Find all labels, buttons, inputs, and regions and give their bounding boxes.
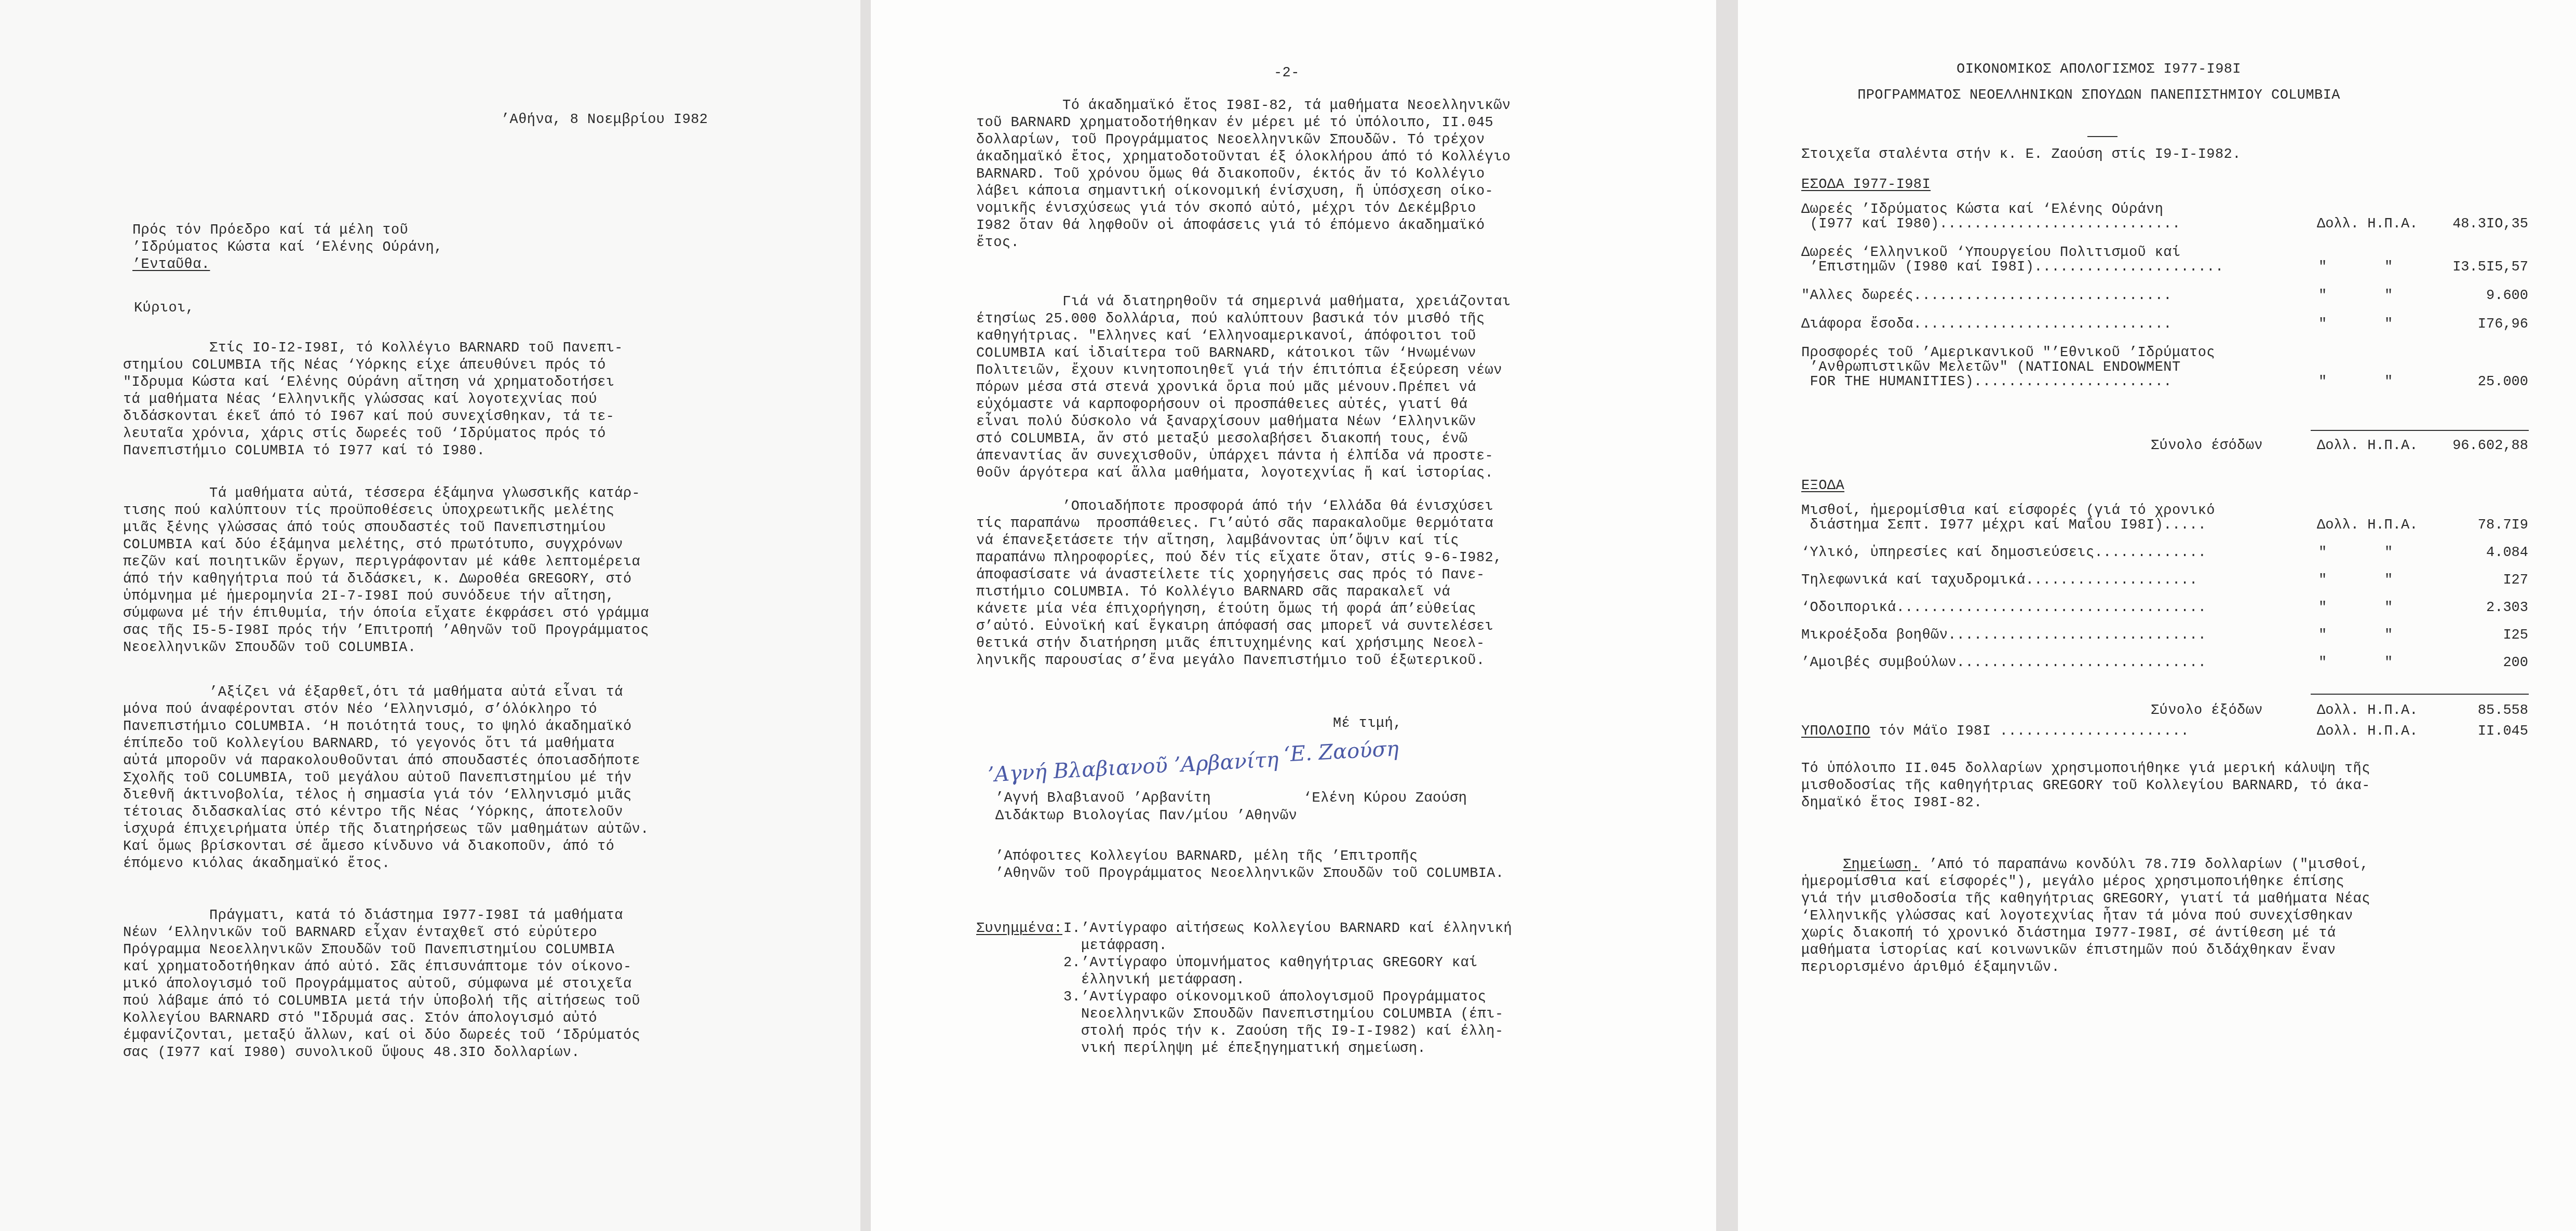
text-line: Τά μαθήματα αὐτά, τέσσερα έξάμηνα γλωσσι… [123,485,649,503]
ditto-mark: " [2318,259,2327,276]
text-line: τισης πού καλύπτουν τίς προϋποθέσεις ὑπο… [123,503,649,520]
text-line: αὐτά μποροῦν νά παρακολουθοῦνται άπό σπο… [123,753,649,770]
item-label: ’Αμοιβές συμβούλων......................… [1801,655,2206,672]
text-line: διεθνῆ άκτινοβολία, τέλος ἡ σημασία γιά … [123,787,649,804]
balance-explanation: Τό ὑπόλοιπο ΙΙ.045 δολλαρίων χρησιμοποιή… [1801,761,2370,812]
letter-page-1: ’Αθήνα, 8 Νοεμβρίου Ι982 Πρός τόν Πρόεδρ… [0,0,860,1231]
text-line: Πολιτειῶν, ἔχουν κινητοποιηθεῖ γιά τήν έ… [976,362,1510,380]
text-line: Σχολῆς τοῦ COLUMBIA, τοῦ μεγάλου αὐτοῦ Π… [123,770,649,787]
ditto-mark: " [2318,572,2327,589]
text-line: θοῦν άργότερα καί ἄλλα μαθήματα, λογοτεχ… [976,465,1510,482]
paragraph: Στίς ΙΟ-Ι2-Ι98Ι, τό Κολλέγιο BARNARD τοῦ… [123,340,623,460]
text-line: νομικῆς ένισχύσεως γιά τόν σκοπό αὐτό, μ… [976,200,1510,218]
recipient-line: Πρός τόν Πρόεδρο καί τά μέλη τοῦ [132,222,443,239]
text-line: πού λάβαμε άπό τό COLUMBIA μετά τήν ὑποβ… [123,993,640,1010]
text-line: Νεοελληνικῶν Σπουδῶν τοῦ COLUMBIA. [123,640,649,657]
text-line: έπίπεδο τοῦ Κολλεγίου BARNARD, τό γεγονό… [123,736,649,753]
text-line: πόρων μέσα στά στενά χρονικά ὅρια πού μᾶ… [976,380,1510,397]
item-label: FOR THE HUMANITIES).....................… [1801,374,2172,391]
recipient-block: Πρός τόν Πρόεδρο καί τά μέλη τοῦ ’Ιδρύμα… [132,222,443,274]
item-amount: 9.600 [2413,288,2528,305]
balance-amount: ΙΙ.045 [2413,723,2528,740]
text-line: θετικά στήν διατήρηση μιᾶς έπιτυχημένης … [976,635,1502,653]
text-line: καί χρηματοδοτήθηκαν άπό αὐτό. Σᾶς έπισυ… [123,959,640,976]
text-line: ‘Ελληνικῆς γλώσσας καί λογοτεχνίας ἦταν … [1801,908,2370,925]
income-total-label: Σύνολο έσόδων [2151,438,2263,455]
text-line: έπόμενο κιόλας άκαδημαϊκό ἔτος. [123,856,649,873]
text-line: περιορισμένο άριθμό έξαμηνιῶν. [1801,959,2370,977]
report-subtitle: ΠΡΟΓΡΑΜΜΑΤΟΣ ΝΕΟΕΛΛΗΝΙΚΩΝ ΣΠΟΥΔΩΝ ΠΑΝΕΠΙ… [1738,87,2460,104]
text-line: ἡμερομίσθια καί είσφορές"), μεγάλο μέρος… [1801,874,2370,891]
text-line: σύμφωνα μέ τήν έπιθυμία, τήν όποία εἴχατ… [123,605,649,623]
item-label: ’Επιστημῶν (Ι980 καί Ι98Ι)..............… [1801,259,2224,276]
item-label: ‘Οδοιπορικά.............................… [1801,600,2206,617]
text-line: Στίς ΙΟ-Ι2-Ι98Ι, τό Κολλέγιο BARNARD τοῦ… [123,340,623,357]
balance-row: ΥΠΟΛΟΙΠΟ τόν Μάϊο Ι98Ι .................… [1801,723,2189,740]
handwritten-signature-left: ’Αγνή Βλαβιανοῦ ’Αρβανίτη [987,748,1279,787]
text-line: άπεναντίας ἄν συνεχισθοῦν, ὑπάρχει πάντα… [976,448,1510,465]
attachment-text: στολή πρός τήν κ. Ζαούση τῆς Ι9-Ι-Ι982) … [1081,1023,1504,1040]
item-amount: 200 [2413,655,2528,672]
report-source-note: Στοιχεῖα σταλέντα στήν κ. Ε. Ζαούση στίς… [1801,146,2241,164]
text-line: λάβει κάποια σημαντική οίκονομική ένίσχυ… [976,183,1510,200]
ditto-mark: " [2384,316,2393,333]
text-line: ληνικῆς παρουσίας σ’ἕνα μεγάλο Πανεπιστή… [976,653,1502,670]
ditto-mark: " [2384,627,2393,644]
paragraph: Γιά νά διατηρηθοῦν τά σημερινά μαθήματα,… [976,294,1510,482]
ditto-mark: " [2318,655,2327,672]
ditto-mark: " [2384,288,2393,305]
letter-date: ’Αθήνα, 8 Νοεμβρίου Ι982 [501,112,708,129]
paragraph: Πράγματι, κατά τό διάστημα Ι977-Ι98Ι τά … [123,908,640,1062]
text-line: νά έπανεξετάσετε τήν αἴτηση, λαμβάνοντας… [976,533,1502,550]
text-line: Γιά νά διατηρηθοῦν τά σημερινά μαθήματα,… [976,294,1510,311]
attachment-text: ’Αντίγραφο ὑπομνήματος καθηγήτριας GREGO… [1081,955,1478,972]
text-line: χωρίς διακοπή τό χρονικό διάστημα Ι977-Ι… [1801,925,2370,942]
text-line: στό COLUMBIA, ἄν στό μεταξύ μεσολαβήσει … [976,431,1510,448]
text-line: Πρόγραμμα Νεοελληνικῶν Σπουδῶν τοῦ Πανεπ… [123,942,640,959]
attachment-number: 2. [1063,955,1081,972]
text-line: δημαϊκό ἔτος Ι98Ι-82. [1801,795,2370,812]
attachment-text: Νεοελληνικῶν Σπουδῶν Πανεπιστημίου COLUM… [1081,1006,1504,1023]
text-line: μόνα πού άναφέρονται στόν Νέο ‘Ελληνισμό… [123,701,649,719]
income-total-currency: Δολλ. Η.Π.Α. [2317,438,2418,455]
text-line: Πανεπιστήμιο COLUMBIA τό Ι977 καί τό Ι98… [123,443,623,460]
note-label: Σημείωση. [1843,857,1920,873]
text-line: κάνετε μία νέα έπιχορήγηση, έτούτη ὅμως … [976,601,1502,618]
item-currency: Δολλ. Η.Π.Α. [2317,517,2418,534]
text-line: ’Οποιαδήποτε προσφορά άπό τήν ‘Ελλάδα θά… [976,498,1502,516]
financial-report-page: ΟΙΚΟΝΟΜΙΚΟΣ ΑΠΟΛΟΓΙΣΜΟΣ Ι977-Ι98Ι ΠΡΟΓΡΑ… [1738,0,2576,1231]
ditto-mark: " [2318,600,2327,617]
text-line: Τό άκαδημαϊκό ἔτος Ι98Ι-82, τά μαθήματα … [976,98,1510,115]
report-note: Σημείωση. ’Από τό παραπάνω κονδύλι 78.7Ι… [1801,857,2370,977]
balance-label: ΥΠΟΛΟΙΠΟ [1801,724,1870,739]
signatories-note: ’Απόφοιτες Κολλεγίου BARNARD, μέλη τῆς ’… [995,848,1504,883]
text-line: άπό τήν καθηγήτρια πού τά διδάσκει, κ. Δ… [123,571,649,588]
item-amount: 25.000 [2413,374,2528,391]
text-line: έτησίως 25.000 δολλάρια, πού καλύπτουν β… [976,311,1510,328]
recipient-line: ’Ενταῦθα. [132,256,443,274]
text-line: Πανεπιστήμιο COLUMBIA. ‘Η ποιότητά τους,… [123,719,649,736]
item-label: Μικροέξοδα βοηθῶν.......................… [1801,627,2206,644]
text-line: καθηγήτριας. "Ελληνες καί ‘Ελληνοαμερικα… [976,328,1510,345]
item-label: "Αλλες δωρεές...........................… [1801,288,2172,305]
ditto-mark: " [2384,655,2393,672]
text-line: άκαδημαϊκό ἔτος, χρηματοδοτοῦνται έξ όλο… [976,149,1510,166]
item-label: διάστημα Σεπτ. Ι977 μέχρι καί Μαΐου Ι98Ι… [1801,517,2206,534]
ditto-mark: " [2384,572,2393,589]
ditto-mark: " [2318,288,2327,305]
ditto-mark: " [2384,374,2393,391]
text-line: Τό ὑπόλοιπο ΙΙ.045 δολλαρίων χρησιμοποιή… [1801,761,2370,778]
income-total-rule [2311,430,2529,431]
income-heading: ΕΣΟΔΑ Ι977-Ι98Ι [1801,177,1931,194]
signatory-title-left: Διδάκτωρ Βιολογίας Παν/μίου ’Αθηνῶν [995,808,1297,825]
text-line: Ι982 ὅταν θά ληφθοῦν οἱ άποφάσεις γιά τό… [976,218,1510,235]
paragraph: ’Οποιαδήποτε προσφορά άπό τήν ‘Ελλάδα θά… [976,498,1502,670]
expenses-total-rule [2311,694,2529,695]
text-line: ἰσχυρά έπιχειρήματα ὑπέρ τῆς διατηρήσεως… [123,821,649,838]
ditto-mark: " [2384,259,2393,276]
text-line: ’Από τό παραπάνω κονδύλι 78.7Ι9 δολλαρίω… [1920,857,2368,873]
text-line: μαθήματα ἱστορίας καί κοινωνικῶν έπιστημ… [1801,942,2370,959]
text-line: COLUMBIA καί ἰδιαίτερα τοῦ BARNARD, κάτο… [976,345,1510,362]
note-line: ’Απόφοιτες Κολλεγίου BARNARD, μέλη τῆς ’… [995,848,1504,865]
text-line: Κολλεγίου BARNARD στό "Ιδρυμά σας. Στόν … [123,1010,640,1027]
item-amount: 4.084 [2413,545,2528,562]
item-label: Τηλεφωνικά καί ταχυδρομικά..............… [1801,572,2198,589]
paragraph: ’Αξίζει νά έξαρθεῖ,ότι τά μαθήματα αὐτά … [123,684,649,873]
paragraph: Τό άκαδημαϊκό ἔτος Ι98Ι-82, τά μαθήματα … [976,98,1510,252]
text-line: γιά τήν μισθοδοσία τῆς καθηγήτριας GREGO… [1801,891,2370,908]
note-line: ’Αθηνῶν τοῦ Προγράμματος Νεοελληνικῶν Σπ… [995,865,1504,883]
attachments-label: Συνημμένα: [976,921,1062,938]
text-line: τά μαθήματα Νέας ‘Ελληνικῆς γλώσσας καί … [123,391,623,409]
text-line: παραπάνω πληροφορίες, πού δέν τίς εἴχατε… [976,550,1502,567]
ditto-mark: " [2384,545,2393,562]
text-line: ἔτος. [976,235,1510,252]
text-line: έμφανίζονται, μεταξύ ἄλλων, καί οἱ δύο δ… [123,1027,640,1045]
item-label: ‘Υλικό, ὑπηρεσίες καί δημοσιεύσεις......… [1801,545,2206,562]
item-amount: 78.7Ι9 [2413,517,2528,534]
attachment-text: ’Αντίγραφο οίκονομικοῦ άπολογισμοῦ Προγρ… [1081,989,1486,1006]
item-label: Διάφορα ἔσοδα...........................… [1801,316,2172,333]
text-line: τίς παραπάνω προσπάθειες. Γι’αὐτό σᾶς πα… [976,516,1502,533]
text-line: Πράγματι, κατά τό διάστημα Ι977-Ι98Ι τά … [123,908,640,925]
text-line: ὑπόμνημα μέ ἡμερομηνία 2Ι-7-Ι98Ι πού συν… [123,588,649,605]
text-line: διδάσκονται έκεῖ άπό τό Ι967 καί πού συν… [123,409,623,426]
title-divider [2087,136,2118,137]
signatory-name-left: ’Αγνή Βλαβιανοῦ ’Αρβανίτη [995,790,1211,807]
item-amount: Ι3.5Ι5,57 [2413,259,2528,276]
text-line: σας (Ι977 καί Ι980) συνολικοῦ ὕψους 48.3… [123,1045,640,1062]
closing: Μέ τιμή, [1333,715,1402,733]
balance-currency: Δολλ. Η.Π.Α. [2317,723,2418,740]
attachment-text: μετάφραση. [1081,938,1167,955]
text-line: BARNARD. Τοῦ χρόνου ὅμως θά διακοποῦν, έ… [976,166,1510,183]
text-line: δολλαρίων, τοῦ Προγράμματος Νεοελληνικῶν… [976,132,1510,149]
text-line: εἶναι πολύ δύσκολο νά ξαναρχίσουν μαθήμα… [976,414,1510,431]
ditto-mark: " [2318,627,2327,644]
item-amount: 48.3ΙΟ,35 [2413,216,2528,233]
ditto-mark: " [2318,545,2327,562]
item-label: (Ι977 καί Ι980).........................… [1801,216,2181,233]
text-line: σ’αὐτό. Εὐνοϊκή καί ἔγκαιρη άπόφασή σας … [976,618,1502,635]
text-line: στημίου COLUMBIA τῆς Νέας ‘Υόρκης είχε ά… [123,357,623,374]
text-line: πιστήμιο COLUMBIA. Τό Κολλέγιο BARNARD σ… [976,584,1502,601]
report-title: ΟΙΚΟΝΟΜΙΚΟΣ ΑΠΟΛΟΓΙΣΜΟΣ Ι977-Ι98Ι [1738,61,2460,78]
attachment-number: Ι. [1063,921,1081,938]
text-line: εὐχόμαστε νά καρποφορήσουν οἱ προσπάθειε… [976,397,1510,414]
expenses-total-amount: 85.558 [2413,702,2528,720]
text-line: Καί ὅμως βρίσκονται σέ ἄμεσο κίνδυνο νά … [123,838,649,856]
page-number: -2- [1274,65,1300,82]
signatory-name-right: ‘Ελένη Κύρου Ζαούση [1303,790,1467,807]
item-amount: 2.303 [2413,600,2528,617]
text-line: ’Αξίζει νά έξαρθεῖ,ότι τά μαθήματα αὐτά … [123,684,649,701]
item-currency: Δολλ. Η.Π.Α. [2317,216,2418,233]
text-line: τοῦ BARNARD χρηματοδοτήθηκαν έν μέρει μέ… [976,115,1510,132]
text-line: λευταῖα χρόνια, χάρις στίς δωρεές τοῦ ‘Ι… [123,426,623,443]
text-line: πεζῶν καί ποιητικῶν ἔργων, περιγράφονταν… [123,554,649,571]
item-amount: Ι27 [2413,572,2528,589]
ditto-mark: " [2384,600,2393,617]
attachment-text: ’Αντίγραφο αἰτήσεως Κολλεγίου BARNARD κα… [1081,921,1512,938]
expenses-total-label: Σύνολο έξόδων [2151,702,2263,720]
income-total-amount: 96.602,88 [2413,438,2528,455]
text-line: άποφασίσατε νά άναστείλετε τίς χορηγήσει… [976,567,1502,584]
salutation: Κύριοι, [134,300,194,317]
text-line: τέτοιας διδασκαλίας στό κέντρο τῆς Νέας … [123,804,649,821]
text-line: "Ιδρυμα Κώστα καί ‘Ελένης Ούράνη αἴτηση … [123,374,623,391]
expenses-heading: ΕΞΟΔΑ [1801,478,1844,495]
ditto-mark: " [2318,316,2327,333]
item-amount: Ι25 [2413,627,2528,644]
letter-page-2: -2- Τό άκαδημαϊκό ἔτος Ι98Ι-82, τά μαθήμ… [871,0,1716,1231]
expenses-total-currency: Δολλ. Η.Π.Α. [2317,702,2418,720]
text-line: μικό άπολογισμό τοῦ Προγράμματος αὐτοῦ, … [123,976,640,993]
ditto-mark: " [2318,374,2327,391]
attachment-number: 3. [1063,989,1081,1006]
text-line: μισθοδοσίας τῆς καθηγήτριας GREGORY τοῦ … [1801,778,2370,795]
text-line: μιᾶς ξένης γλώσσας άπό τούς σπουδαστές τ… [123,520,649,537]
balance-label-rest: τόν Μάϊο Ι98Ι ...................... [1870,724,2189,739]
handwritten-signature-right: ‘Ε. Ζαούση [1283,737,1399,767]
attachment-text: έλληνική μετάφραση. [1081,972,1245,989]
text-line: σας τῆς Ι5-5-Ι98Ι πρός τήν ’Επιτροπή ’Αθ… [123,623,649,640]
attachment-text: νική περίληψη μέ έπεξηγηματική σημείωση. [1081,1040,1426,1058]
item-amount: Ι76,96 [2413,316,2528,333]
text-line: COLUMBIA καί δύο έξάμηνα μελέτης, στό πρ… [123,537,649,554]
text-line: Νέων ‘Ελληνικῶν τοῦ BARNARD εἶχαν ένταχθ… [123,925,640,942]
recipient-line: ’Ιδρύματος Κώστα καί ‘Ελένης Ούράνη, [132,239,443,256]
paragraph: Τά μαθήματα αὐτά, τέσσερα έξάμηνα γλωσσι… [123,485,649,657]
